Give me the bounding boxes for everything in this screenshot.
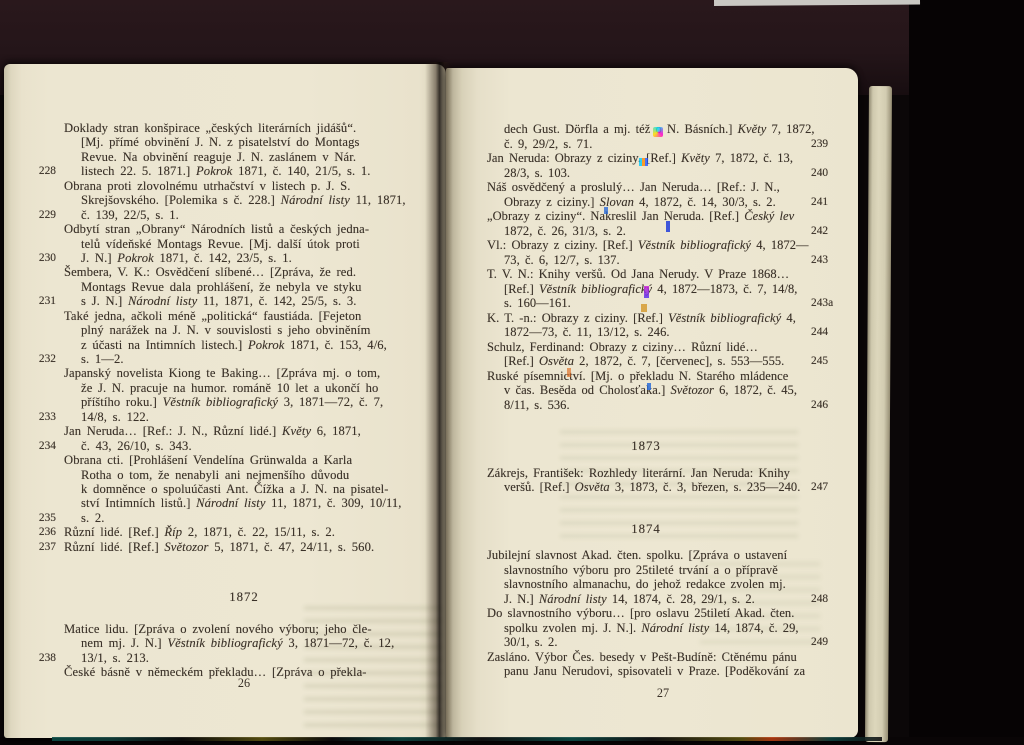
journal-title: Národní listy	[128, 294, 197, 308]
bib-text: Matice lidu. [Zpráva o zvolení nového vý…	[64, 622, 372, 636]
bib-text: Doklady stran konšpirace „českých literá…	[64, 121, 356, 135]
bib-text: [Mj. přímé obvinění J. N. z pisatelství …	[81, 135, 360, 149]
bib-entry-line: telů vídeňské Montags Revue. [Mj. další …	[64, 237, 424, 251]
bib-text: č. 9, 29/2, s. 71.	[504, 137, 592, 151]
bib-text: Náš osvědčený a proslulý… Jan Neruda… [R…	[487, 180, 780, 194]
bib-text: panu Janu Nerudovi, spisovateli v Praze.…	[504, 664, 805, 678]
bib-entry-line: s. 2.235	[64, 511, 424, 525]
bib-entry-line: Obrana proti zlovolnému utrhačství v lis…	[64, 179, 424, 193]
scan-artifact-blue	[666, 221, 670, 232]
bib-text: Různí lidé. [Ref.]	[64, 525, 164, 539]
bib-text: Také jedna, ačkoli méně „politická“ faus…	[64, 309, 361, 323]
bib-text: 4,	[781, 311, 796, 325]
journal-title: Květy	[738, 122, 767, 136]
bib-entry-line: 30/1, s. 2.249	[487, 635, 805, 650]
bib-entry-line: Jan Neruda… [Ref.: J. N., Různí lidé.] K…	[64, 424, 424, 438]
bib-text: 4, 1872, č. 14, 30/3, s. 2.	[634, 195, 776, 209]
scan-artifact-magenta	[644, 286, 649, 298]
bib-entry-line: s. 1—2.232	[64, 352, 424, 366]
bib-text: Odbytí stran „Obrany“ Národních listů a …	[64, 222, 369, 236]
bib-text: slavnostního výboru pro 25tileté trvání …	[504, 563, 778, 577]
bib-entry-line: ství Intimních listů.] Národní listy 11,…	[64, 496, 424, 510]
bib-text: Šembera, V. K.: Osvědčení slíbené… [Zprá…	[64, 265, 356, 279]
bib-entry-line: J. N.] Národní listy 14, 1874, č. 28, 29…	[487, 592, 805, 607]
bib-text: 73, č. 6, 12/7, s. 137.	[504, 253, 620, 267]
bib-text: 11, 1871, č. 142, 25/5, s. 3.	[197, 294, 356, 308]
bib-entry-line: [Ref.] Osvěta 2, 1872, č. 7, [červenec],…	[487, 354, 805, 369]
bib-entry-line: Rotha o tom, že nenabyli ani nejmenšího …	[64, 468, 424, 482]
bib-entry-line: spolku zvolen mj. J. N.]. Národní listy …	[487, 621, 805, 636]
bib-text: K. T. -n.: Obrazy z ciziny. [Ref.]	[487, 311, 668, 325]
bib-text: Obrana cti. [Prohlášení Vendelína Grünwa…	[64, 453, 352, 467]
journal-title: Český lev	[744, 209, 794, 223]
bib-text: 11, 1871, č. 309, 10/11,	[266, 496, 402, 510]
scan-artifact-amber	[641, 304, 647, 312]
bib-text: 3, 1873, č. 3, březen, s. 235—240.	[610, 480, 801, 494]
bib-text: Zákrejs, František: Rozhledy literární. …	[487, 466, 790, 480]
bib-text: 5, 1871, č. 47, 24/11, s. 560.	[209, 540, 375, 554]
bib-text: veršů. [Ref.]	[504, 480, 575, 494]
bottom-scan-artifact-line	[52, 737, 882, 741]
bib-entry-line: Matice lidu. [Zpráva o zvolení nového vý…	[64, 622, 424, 636]
entry-reference-number: 244	[811, 325, 847, 340]
bib-text: 14/8, s. 122.	[81, 410, 149, 424]
entry-reference-number: 235	[38, 511, 56, 525]
bib-entry-line: 1872, č. 26, 31/3, s. 2.242	[487, 224, 805, 239]
bib-text: nem mj. J. N.]	[81, 636, 167, 650]
bib-text: J. N.]	[504, 592, 539, 606]
bib-text: 4, 1872—	[751, 238, 809, 252]
bib-entry-line: slavnostního almanachu, do jehož redakce…	[487, 577, 805, 592]
bib-text: 3, 1871—72, č. 12,	[283, 636, 395, 650]
bib-text: Obrana proti zlovolnému utrhačství v lis…	[64, 179, 350, 193]
entry-reference-number: 239	[811, 137, 847, 152]
bib-entry-line: Také jedna, ačkoli méně „politická“ faus…	[64, 309, 424, 323]
entry-reference-number: 237	[38, 540, 56, 554]
journal-title: Pokrok	[117, 251, 154, 265]
bib-entry-line: Ruské písemnictví. [Mj. o překladu N. St…	[487, 369, 805, 384]
bib-entry-line: že J. N. pracuje na humor. románě 10 let…	[64, 381, 424, 395]
bib-text: Ruské písemnictví. [Mj. o překladu N. St…	[487, 369, 788, 383]
bib-text: 4, 1872—1873, č. 7, 14/8,	[652, 282, 797, 296]
entry-reference-number: 229	[38, 208, 56, 222]
bib-entry-line: T. V. N.: Knihy veršů. Od Jana Nerudy. V…	[487, 267, 805, 282]
journal-title: Květy	[282, 424, 311, 438]
bib-entry-line: č. 9, 29/2, s. 71.239	[487, 137, 805, 152]
bib-entry-line: K. T. -n.: Obrazy z ciziny. [Ref.] Věstn…	[487, 311, 805, 326]
journal-title: Pokrok	[196, 164, 233, 178]
bib-text: Schulz, Ferdinand: Obrazy z ciziny… Různ…	[487, 340, 758, 354]
bib-entry-line: 13/1, s. 213.238	[64, 651, 424, 665]
bib-text: 1871, č. 153, 4/6,	[284, 338, 386, 352]
bib-entry-line: Schulz, Ferdinand: Obrazy z ciziny… Různ…	[487, 340, 805, 355]
bib-text: č. 43, 26/10, s. 343.	[81, 439, 192, 453]
journal-title: Národní listy	[281, 193, 350, 207]
journal-title: Pokrok	[248, 338, 285, 352]
bib-text: „Obrazy z ciziny“. Nakreslil Jan Neruda.…	[487, 209, 744, 223]
bib-entry-line: 1872—73, č. 11, 13/12, s. 246.244	[487, 325, 805, 340]
entry-reference-number: 245	[811, 354, 847, 369]
bib-text: Rotha o tom, že nenabyli ani nejmenšího …	[81, 468, 349, 482]
bib-entry-line: Odbytí stran „Obrany“ Národních listů a …	[64, 222, 424, 236]
bib-entry-line: z účasti na Intimních listech.] Pokrok 1…	[64, 338, 424, 352]
bib-entry-line: slavnostního výboru pro 25tileté trvání …	[487, 563, 805, 578]
bib-entry-line: panu Janu Nerudovi, spisovateli v Praze.…	[487, 664, 805, 679]
bib-entry-line: Revue. Na obvinění reaguje J. N. zasláne…	[64, 150, 424, 164]
bib-text: k domněnce o spoluúčasti Ant. Čížka a J.…	[81, 482, 389, 496]
entry-reference-number: 243	[811, 253, 847, 268]
bib-entry-line: č. 139, 22/5, s. 1.229	[64, 208, 424, 222]
bib-text: z účasti na Intimních listech.]	[81, 338, 248, 352]
bib-text: s. 2.	[81, 511, 105, 525]
bib-entry-line: Jubilejní slavnost Akad. čten. spolku. […	[487, 548, 805, 563]
journal-title: Věstník bibliografický	[539, 282, 652, 296]
bib-text: Zasláno. Výbor Čes. besedy v Pešt-Budíně…	[487, 650, 797, 664]
bib-text: 14, 1874, č. 28, 29/1, s. 2.	[607, 592, 755, 606]
bib-text: 11, 1871,	[350, 193, 406, 207]
year-heading: 1873	[487, 439, 805, 454]
journal-title: Národní listy	[539, 592, 607, 606]
bib-text: Vl.: Obrazy z ciziny. [Ref.]	[487, 238, 638, 252]
bib-text: 6, 1871,	[311, 424, 361, 438]
journal-title: Věstník bibliografický	[167, 636, 282, 650]
bib-entry-line: s J. N.] Národní listy 11, 1871, č. 142,…	[64, 294, 424, 308]
scan-artifact-blue	[647, 383, 651, 390]
bib-text: že J. N. pracuje na humor. románě 10 let…	[81, 381, 378, 395]
bib-text: Jubilejní slavnost Akad. čten. spolku. […	[487, 548, 787, 562]
page-edges-strip	[865, 86, 892, 742]
bib-entry-line: Různí lidé. [Ref.] Říp 2, 1871, č. 22, 1…	[64, 525, 424, 539]
bib-text: 7, 1872,	[766, 122, 814, 136]
left-page: Doklady stran konšpirace „českých literá…	[4, 64, 446, 738]
bib-entry-line: Zasláno. Výbor Čes. besedy v Pešt-Budíně…	[487, 650, 805, 665]
journal-title: Světozor	[164, 540, 208, 554]
bib-entry-line: Skrejšovského. [Polemika s č. 228.] Náro…	[64, 193, 424, 207]
bib-entry-line: dech Gust. Dörfla a mj. též o N. Básních…	[487, 122, 805, 137]
scan-artifact-specks	[639, 158, 648, 166]
bib-entry-line: příštího roku.] Věstník bibliografický 3…	[64, 395, 424, 409]
year-heading: 1872	[64, 590, 424, 605]
bib-entry-line: 14/8, s. 122.233	[64, 410, 424, 424]
bib-text: 6, 1872, č. 45,	[714, 383, 797, 397]
entry-reference-number: 248	[811, 592, 847, 607]
bib-text: 1871, č. 140, 21/5, s. 1.	[233, 164, 371, 178]
entry-reference-number: 238	[38, 651, 56, 665]
scan-artifact-rainbow	[653, 127, 663, 137]
journal-title: Národní listy	[641, 621, 709, 635]
bib-entry-line: Různí lidé. [Ref.] Světozor 5, 1871, č. …	[64, 540, 424, 554]
bib-text: Montags Revue dala prohlášení, že nebyla…	[81, 280, 362, 294]
journal-title: Věstník bibliografický	[638, 238, 751, 252]
bib-text: 1872—73, č. 11, 13/12, s. 246.	[504, 325, 670, 339]
bib-entry-line: Šembera, V. K.: Osvědčení slíbené… [Zprá…	[64, 265, 424, 279]
bib-text: s. 160—161.	[504, 296, 571, 310]
bib-text: Jan Neruda: Obrazy z ciziny. [Ref.]	[487, 151, 681, 165]
bib-entry-line: v čas. Besěda od Cholosťaka.] Světozor 6…	[487, 383, 805, 398]
bib-entry-line: nem mj. J. N.] Věstník bibliografický 3,…	[64, 636, 424, 650]
bib-text: 1872, č. 26, 31/3, s. 2.	[504, 224, 626, 238]
bib-entry-line: 73, č. 6, 12/7, s. 137.243	[487, 253, 805, 268]
entry-reference-number: 228	[38, 164, 56, 178]
bib-entry-line: J. N.] Pokrok 1871, č. 142, 23/5, s. 1.2…	[64, 251, 424, 265]
bib-text: 2, 1871, č. 22, 15/11, s. 2.	[182, 525, 335, 539]
bib-text: telů vídeňské Montags Revue. [Mj. další …	[81, 237, 360, 251]
bib-text: příštího roku.]	[81, 395, 163, 409]
bib-entry-line: Obrana cti. [Prohlášení Vendelína Grünwa…	[64, 453, 424, 467]
page-number: 27	[487, 686, 839, 701]
journal-title: Osvěta	[539, 354, 574, 368]
bib-text: s. 1—2.	[81, 352, 124, 366]
book-gutter-shadow	[425, 62, 453, 740]
bib-text: slavnostního almanachu, do jehož redakce…	[504, 577, 786, 591]
entry-reference-number: 234	[38, 439, 56, 453]
bib-text: Revue. Na obvinění reaguje J. N. zasláne…	[81, 150, 356, 164]
bib-text: 3, 1871—72, č. 7,	[278, 395, 383, 409]
bib-entry-line: 8/11, s. 536.246	[487, 398, 805, 413]
bib-entry-line: k domněnce o spoluúčasti Ant. Čížka a J.…	[64, 482, 424, 496]
journal-title: Osvěta	[575, 480, 610, 494]
entry-reference-number: 246	[811, 398, 847, 413]
bib-text: ství Intimních listů.]	[81, 496, 196, 510]
bib-text: Různí lidé. [Ref.]	[64, 540, 164, 554]
entry-reference-number: 231	[38, 294, 56, 308]
bib-entry-line: [Mj. přímé obvinění J. N. z pisatelství …	[64, 135, 424, 149]
scan-artifact-blue	[604, 207, 608, 214]
book-scan-photo: Doklady stran konšpirace „českých literá…	[0, 0, 1024, 745]
bib-text: plný narážek na J. N. v souvislosti s je…	[81, 323, 371, 337]
bib-entry-line: 28/3, s. 103.240	[487, 166, 805, 181]
scanner-background-right	[909, 0, 1024, 745]
entry-reference-number: 236	[38, 525, 56, 539]
bib-text: 8/11, s. 536.	[504, 398, 570, 412]
bib-text: 7, 1872, č. 13,	[710, 151, 793, 165]
scan-artifact-orange	[567, 368, 571, 377]
year-heading: 1874	[487, 522, 805, 537]
bib-text: T. V. N.: Knihy veršů. Od Jana Nerudy. V…	[487, 267, 789, 281]
bib-entry-line: Montags Revue dala prohlášení, že nebyla…	[64, 280, 424, 294]
page-number: 26	[64, 676, 424, 691]
bib-text: Skrejšovského. [Polemika s č. 228.]	[81, 193, 281, 207]
bib-entry-line: Doklady stran konšpirace „českých literá…	[64, 121, 424, 135]
bib-entry-line: „Obrazy z ciziny“. Nakreslil Jan Neruda.…	[487, 209, 805, 224]
bib-entry-line: Vl.: Obrazy z ciziny. [Ref.] Věstník bib…	[487, 238, 805, 253]
entry-reference-number: 247	[811, 480, 847, 495]
bib-text: Japanský novelista Kiong te Baking… [Zpr…	[64, 366, 380, 380]
entry-reference-number: 230	[38, 251, 56, 265]
bib-entry-line: Obrazy z ciziny.] Slovan 4, 1872, č. 14,…	[487, 195, 805, 210]
bib-text: listech 22. 5. 1871.]	[81, 164, 196, 178]
journal-title: Národní listy	[196, 496, 265, 510]
bib-entry-line: Japanský novelista Kiong te Baking… [Zpr…	[64, 366, 424, 380]
bib-text: 2, 1872, č. 7, [červenec], s. 553—555.	[574, 354, 784, 368]
entry-reference-number: 232	[38, 352, 56, 366]
bib-entry-line: Do slavnostního výboru… [pro oslavu 25ti…	[487, 606, 805, 621]
entry-reference-number: 249	[811, 635, 847, 650]
entry-reference-number: 243a	[811, 296, 847, 311]
journal-title: Světozor	[670, 383, 713, 397]
bib-entry-line: Zákrejs, František: Rozhledy literární. …	[487, 466, 805, 481]
entry-reference-number: 241	[811, 195, 847, 210]
right-page: dech Gust. Dörfla a mj. též o N. Básních…	[446, 68, 858, 738]
bib-text: 28/3, s. 103.	[504, 166, 570, 180]
journal-title: Věstník bibliografický	[163, 395, 278, 409]
entry-reference-number: 240	[811, 166, 847, 181]
entry-reference-number: 242	[811, 224, 847, 239]
journal-title: Květy	[681, 151, 710, 165]
bib-text: s J. N.]	[81, 294, 128, 308]
bib-text: spolku zvolen mj. J. N.].	[504, 621, 641, 635]
bib-text: 30/1, s. 2.	[504, 635, 558, 649]
left-page-text-block: Doklady stran konšpirace „českých literá…	[64, 121, 424, 679]
bib-text: [Ref.]	[504, 354, 539, 368]
bib-entry-line: veršů. [Ref.] Osvěta 3, 1873, č. 3, břez…	[487, 480, 805, 495]
bib-text: 13/1, s. 213.	[81, 651, 149, 665]
bib-text: dech Gust. Dörfla a mj. též o N. Básních…	[504, 122, 738, 136]
entry-reference-number: 233	[38, 410, 56, 424]
bib-entry-line: plný narážek na J. N. v souvislosti s je…	[64, 323, 424, 337]
bib-entry-line: Náš osvědčený a proslulý… Jan Neruda… [R…	[487, 180, 805, 195]
bib-text: Do slavnostního výboru… [pro oslavu 25ti…	[487, 606, 794, 620]
bib-text: Obrazy z ciziny.]	[504, 195, 600, 209]
bib-text: č. 139, 22/5, s. 1.	[81, 208, 179, 222]
bib-entry-line: č. 43, 26/10, s. 343.234	[64, 439, 424, 453]
bib-text: v čas. Besěda od Cholosťaka.]	[504, 383, 670, 397]
journal-title: Věstník bibliografický	[668, 311, 781, 325]
bib-entry-line: listech 22. 5. 1871.] Pokrok 1871, č. 14…	[64, 164, 424, 178]
journal-title: Říp	[164, 525, 182, 539]
bib-text: [Ref.]	[504, 282, 539, 296]
bib-text: 1871, č. 142, 23/5, s. 1.	[154, 251, 292, 265]
bib-text: Jan Neruda… [Ref.: J. N., Různí lidé.]	[64, 424, 282, 438]
bib-text: J. N.]	[81, 251, 117, 265]
right-page-text-block: dech Gust. Dörfla a mj. též o N. Básních…	[487, 122, 805, 679]
bib-text: 14, 1874, č. 29,	[709, 621, 798, 635]
